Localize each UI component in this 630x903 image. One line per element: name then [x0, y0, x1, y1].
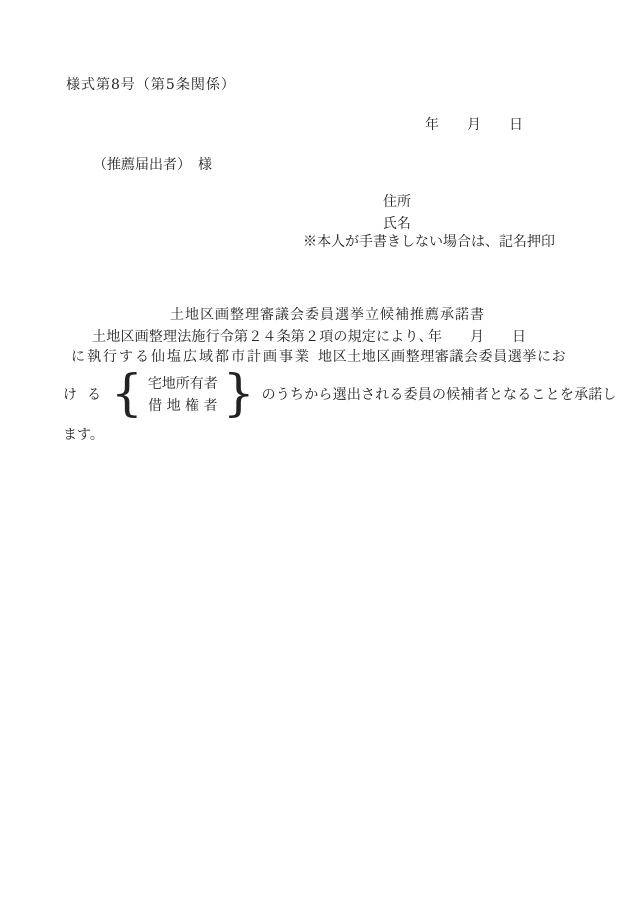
name-label: 氏名 [383, 215, 411, 233]
option-land-owner: 宅地所有者 [148, 377, 218, 392]
address-label: 住所 [383, 193, 411, 211]
line1-date-blanks: 年 月 日 [428, 328, 526, 346]
option-leasehold-right-holder: 借 地 権 者 [148, 399, 218, 414]
document-page: 様式第8号（第5条関係） 年 月 日 （推薦届出者） 様 住所 氏名 ※本人が手… [0, 0, 630, 903]
bracket-options: 宅地所有者 借 地 権 者 [148, 377, 218, 414]
document-title: 土地区画整理審議会委員選挙立候補推薦承諾書 [170, 306, 485, 324]
right-brace: } [223, 368, 255, 418]
body-line-1: 土地区画整理法施行令第２４条第２項の規定により、 年 月 日 [0, 328, 630, 346]
line1-regulation-text: 土地区画整理法施行令第２４条第２項の規定により、 [92, 328, 433, 346]
bracket-choice-row: ける { 宅地所有者 借 地 権 者 } のうちから選出される委員の候補者となる… [63, 364, 617, 426]
bracket-prefix: ける [63, 386, 111, 404]
closing-line: ます。 [63, 426, 104, 444]
left-brace: { [111, 368, 143, 418]
form-number: 様式第8号（第5条関係） [66, 76, 236, 94]
addressee-line: （推薦届出者） 様 [93, 156, 212, 174]
bracket-suffix: のうちから選出される委員の候補者となることを承諾し [262, 386, 617, 404]
date-line: 年 月 日 [425, 116, 523, 134]
signature-note: ※本人が手書きしない場合は、記名押印 [303, 233, 555, 251]
